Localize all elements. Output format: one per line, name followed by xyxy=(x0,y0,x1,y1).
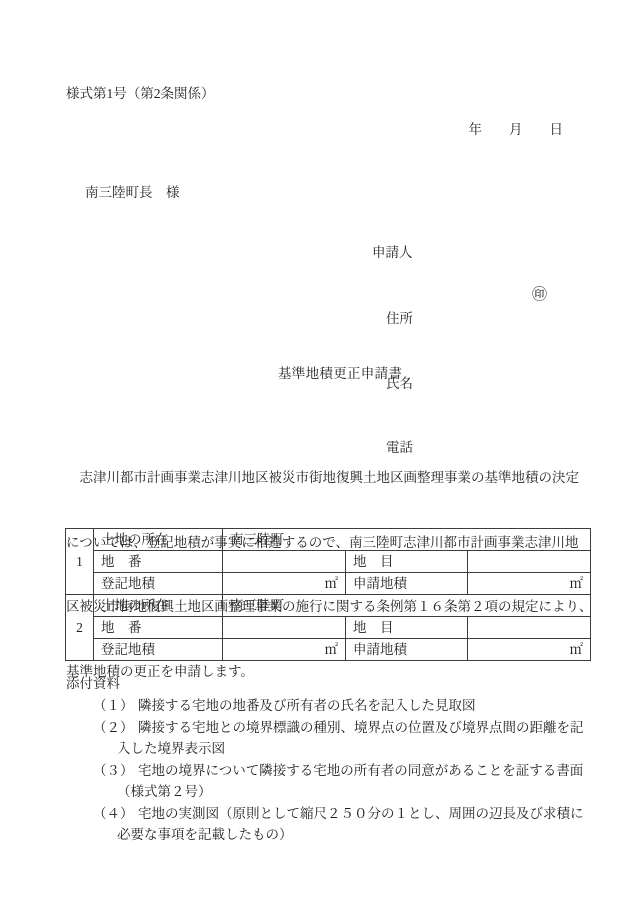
lot-number-value-1 xyxy=(223,551,346,573)
registered-area-value-1: ㎡ xyxy=(223,573,346,595)
location-label: 土地の所在 xyxy=(94,595,223,617)
attachment-item-text: 必要な事項を記載したもの） xyxy=(117,826,293,844)
attachment-item-text: 隣接する宅地との境界標識の種別、境界点の位置及び境界点間の距離を記 xyxy=(138,719,584,737)
table-row-lot-2: 地 番 地 目 xyxy=(66,617,591,639)
form-number: 様式第1号（第2条関係） xyxy=(66,85,215,103)
registered-area-label: 登記地積 xyxy=(94,573,223,595)
lot-number-label: 地 番 xyxy=(94,617,223,639)
applied-area-value-1: ㎡ xyxy=(468,573,591,595)
applied-area-label: 申請地積 xyxy=(346,639,468,661)
applied-area-value-2: ㎡ xyxy=(468,639,591,661)
attachment-item-text: 入した境界表示図 xyxy=(117,740,225,758)
document-title: 基準地積更正申請書 xyxy=(278,365,402,383)
table-row-area-1: 登記地積 ㎡ 申請地積 ㎡ xyxy=(66,573,591,595)
attachment-item-text: 宅地の境界について隣接する宅地の所有者の同意があることを証する書面 xyxy=(138,762,583,780)
body-line: 志津川都市計画事業志津川地区被災市街地復興土地区画整理事業の基準地積の決定 xyxy=(66,467,586,489)
attachment-item-text: 宅地の実測図（原則として縮尺２５０分の１とし、周囲の辺長及び求積に xyxy=(138,805,584,823)
land-category-label: 地 目 xyxy=(346,551,468,573)
attachment-item-marker: （２） xyxy=(93,719,134,737)
lot-number-label: 地 番 xyxy=(94,551,223,573)
location-label: 土地の所在 xyxy=(94,529,223,551)
applied-area-label: 申請地積 xyxy=(346,573,468,595)
applicant-address-label: 住所 xyxy=(386,308,413,330)
document-page: 様式第1号（第2条関係） 年 月 日 南三陸町長 様 申請人 住所 氏名 電話 … xyxy=(0,0,630,915)
parcel-number-1: 1 xyxy=(66,529,94,595)
attachment-item-text: 隣接する宅地の地番及び所有者の氏名を記入した見取図 xyxy=(138,697,476,715)
location-value-1: 南三陸町 xyxy=(223,529,591,551)
lot-number-value-2 xyxy=(223,617,346,639)
date-line: 年 月 日 xyxy=(0,121,563,139)
body-line: 基準地積の更正を申請します。 xyxy=(66,661,586,683)
attachment-item-text: （様式第２号） xyxy=(117,783,212,801)
table-row-area-2: 登記地積 ㎡ 申請地積 ㎡ xyxy=(66,639,591,661)
applicant-label: 申請人 xyxy=(372,244,413,262)
attachment-item-marker: （３） xyxy=(93,762,134,780)
registered-area-value-2: ㎡ xyxy=(223,639,346,661)
land-category-value-1 xyxy=(468,551,591,573)
addressee: 南三陸町長 様 xyxy=(85,184,180,202)
table-row-location-1: 1 土地の所在 南三陸町 xyxy=(66,529,591,551)
table-row-lot-1: 地 番 地 目 xyxy=(66,551,591,573)
parcel-number-2: 2 xyxy=(66,595,94,661)
table-row-location-2: 2 土地の所在 南三陸町 xyxy=(66,595,591,617)
attachment-item-marker: （４） xyxy=(93,805,134,823)
land-category-value-2 xyxy=(468,617,591,639)
attachments-heading: 添付資料 xyxy=(66,675,120,693)
registered-area-label: 登記地積 xyxy=(94,639,223,661)
land-parcel-table: 1 土地の所在 南三陸町 地 番 地 目 登記地積 ㎡ 申請地積 ㎡ 2 土地の… xyxy=(65,528,591,661)
attachment-item-marker: （１） xyxy=(93,697,134,715)
seal-icon: ㊞ xyxy=(532,286,547,304)
location-value-2: 南三陸町 xyxy=(223,595,591,617)
land-category-label: 地 目 xyxy=(346,617,468,639)
